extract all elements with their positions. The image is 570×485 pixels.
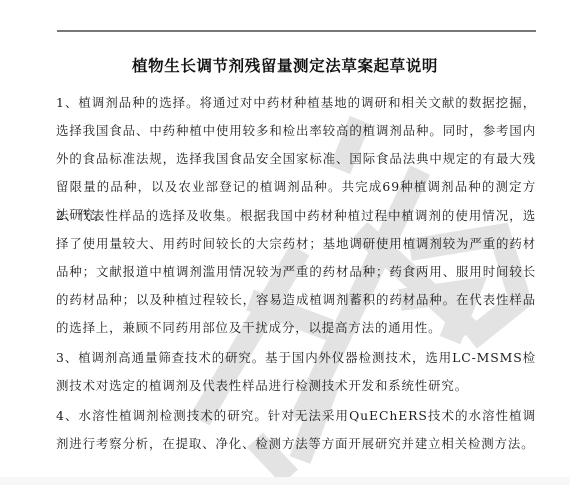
document-title: 植物生长调节剂残留量测定法草案起草说明 [0,54,570,76]
paragraph-4: 4、水溶性植调剂检测技术的研究。针对无法采用QuEChERS技术的水溶性植调剂进… [56,402,536,458]
document-page: 植物生长调节剂残留量测定法草案起草说明 1、植调剂品种的选择。将通过对中药材种植… [0,0,570,477]
paragraph-3: 3、植调剂高通量筛查技术的研究。基于国内外仪器检测技术，选用LC-MSMS检测技… [56,344,536,400]
header-rule [57,30,536,32]
paragraph-2: 2、代表性样品的选择及收集。根据我国中药材种植过程中植调剂的使用情况，选择了使用… [56,202,536,342]
